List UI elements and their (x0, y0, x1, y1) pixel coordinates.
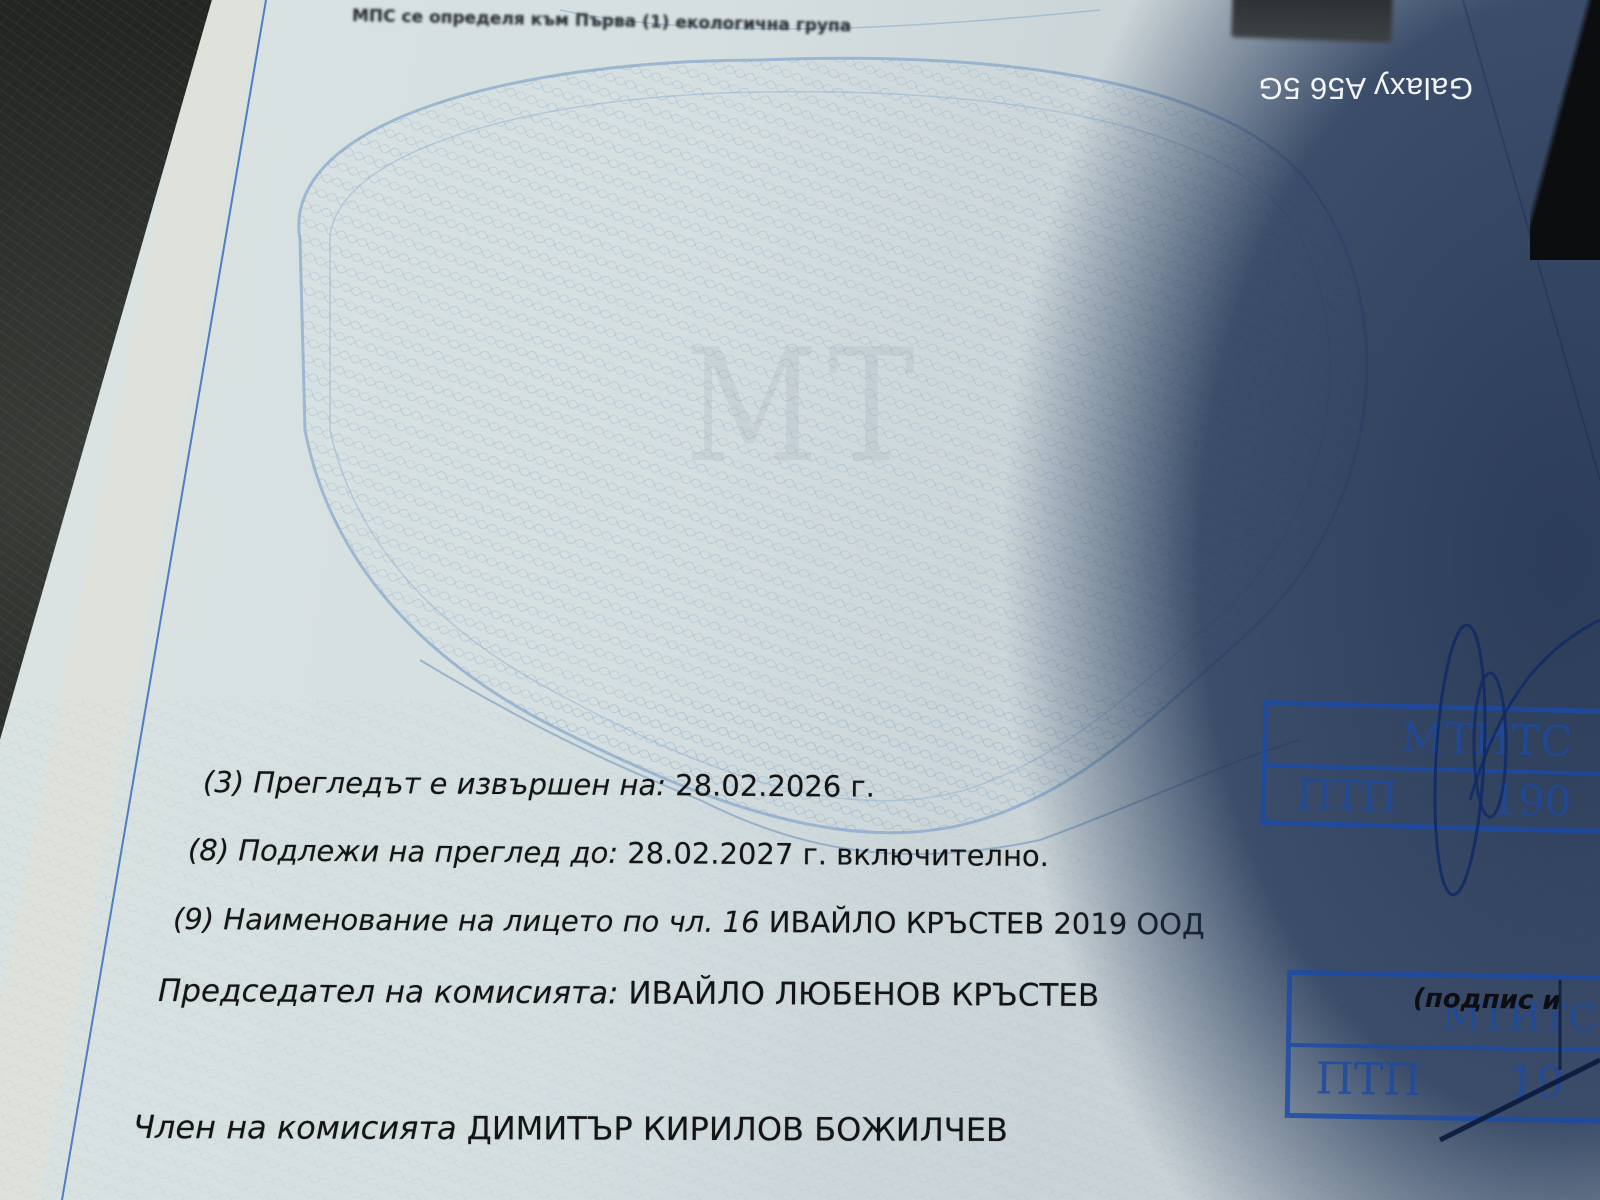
inspection-date-value: 28.02.2026 г. (675, 768, 875, 803)
inspection-stamp: МТИТС ПТП 190 (1260, 700, 1600, 835)
next-inspection-line: (8) Подлежи на преглед до: 28.02.2027 г.… (188, 833, 1049, 873)
member-value: ДИМИТЪР КИРИЛОВ БОЖИЛЧЕВ (467, 1109, 1008, 1149)
member-line: Член на комисията ДИМИТЪР КИРИЛОВ БОЖИЛЧ… (133, 1108, 1008, 1149)
field-number: (9) (173, 902, 214, 936)
document-sheet: МТ МПС се определя към Първа (1) екологи… (0, 0, 1600, 1200)
stamp-number: 190 (1491, 775, 1572, 826)
signature-caption: (подпис и (1413, 984, 1561, 1017)
document-corner-tab (1231, 0, 1393, 43)
entity-name-line: (9) Наименование на лицето по чл. 16 ИВА… (173, 902, 1205, 941)
chairman-line: Председател на комисията: ИВАЙЛО ЛЮБЕНОВ… (158, 973, 1099, 1014)
stamp-code: ПТП (1315, 1053, 1422, 1106)
camera-watermark: Galaxy A56 5G (1258, 70, 1473, 106)
chairman-label: Председател на комисията: (158, 973, 619, 1011)
stamp-code: ПТП (1296, 770, 1399, 822)
inspection-date-line: (3) Прегледът е извършен на: 28.02.2026 … (203, 765, 875, 804)
next-inspection-value: 28.02.2027 г. включително. (627, 836, 1049, 873)
chairman-value: ИВАЙЛО ЛЮБЕНОВ КРЪСТЕВ (628, 975, 1099, 1013)
stamp-number: 19 (1508, 1057, 1565, 1109)
entity-name-label: Наименование на лицето по чл. 16 (223, 902, 759, 939)
member-label: Член на комисията (133, 1108, 457, 1147)
inspection-date-label: Прегледът е извършен на: (253, 765, 666, 802)
stamp-title: МТИТС (1400, 713, 1574, 767)
entity-name-value: ИВАЙЛО КРЪСТЕВ 2019 ООД (769, 905, 1205, 941)
background-edge (1530, 0, 1600, 260)
stamp-top-row: МТИТС (1267, 705, 1600, 777)
document-watermark: МТ (685, 315, 925, 497)
next-inspection-label: Подлежи на преглед до: (238, 833, 618, 870)
field-number: (8) (188, 833, 229, 867)
field-number: (3) (203, 765, 244, 799)
